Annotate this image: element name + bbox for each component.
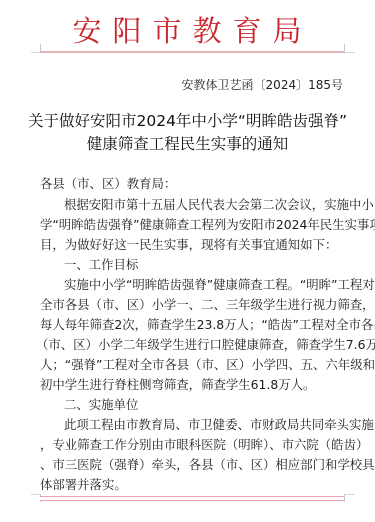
body-line: ，专业筛查工作分别由市眼科医院（明眸）、市六院（皓齿） — [40, 435, 345, 455]
body-line: （市、区）小学二年级学生进行口腔健康筛查，筛查学生7.6万 — [36, 335, 341, 355]
body-line: 体部署并落实。 — [40, 475, 345, 495]
header-rule-right-corner — [344, 44, 345, 52]
section-heading-goals: 一、工作目标 — [40, 255, 345, 275]
body-line: 此项工程由市教育局、市卫健委、市财政局共同牵头实施 — [40, 415, 345, 435]
document-title-line-1: 关于做好安阳市2024年中小学“明眸皓齿强脊” — [0, 110, 375, 132]
footer-rule-right-tick — [345, 494, 355, 495]
header-rule-right-tick — [345, 52, 355, 53]
document-number: 安教体卫艺函〔2024〕185号 — [182, 77, 343, 93]
body-line: 、市三医院（强脊）牵头，各县（市、区）相应部门和学校具 — [40, 455, 345, 475]
issuing-authority-title: 安阳市教育局 — [0, 14, 375, 48]
salutation: 各县（市、区）教育局： — [40, 174, 345, 194]
body-line: 根据安阳市第十五届人民代表大会第二次会议，实施中小 — [40, 195, 345, 215]
body-line: 全市各县（市、区）小学一、二、三年级学生进行视力筛查， — [40, 295, 345, 315]
section-heading-units: 二、实施单位 — [40, 395, 345, 415]
header-red-rule — [40, 51, 345, 53]
footer-rule-right-corner — [344, 494, 345, 502]
document-title-line-2: 健康筛查工程民生实事的通知 — [0, 133, 375, 155]
footer-red-rule — [40, 496, 345, 501]
body-line: 初中学生进行脊柱侧弯筛查，筛查学生61.8万人。 — [40, 375, 345, 395]
body-line: 人；“强脊”工程对全市各县（市、区）小学四、五、六年级和 — [40, 355, 345, 375]
body-line: 学“明眸皓齿强脊”健康筛查工程列为安阳市2024年民生实事项 — [40, 215, 345, 235]
body-line: 目，为做好好这一民生实事，现将有关事宜通知如下： — [40, 235, 345, 255]
body-line: 每人每年筛查2次，筛查学生23.8万人；“皓齿”工程对全市各县 — [40, 315, 345, 335]
body-line: 实施中小学“明眸皓齿强脊”健康筛查工程。“明眸”工程对 — [40, 275, 345, 295]
